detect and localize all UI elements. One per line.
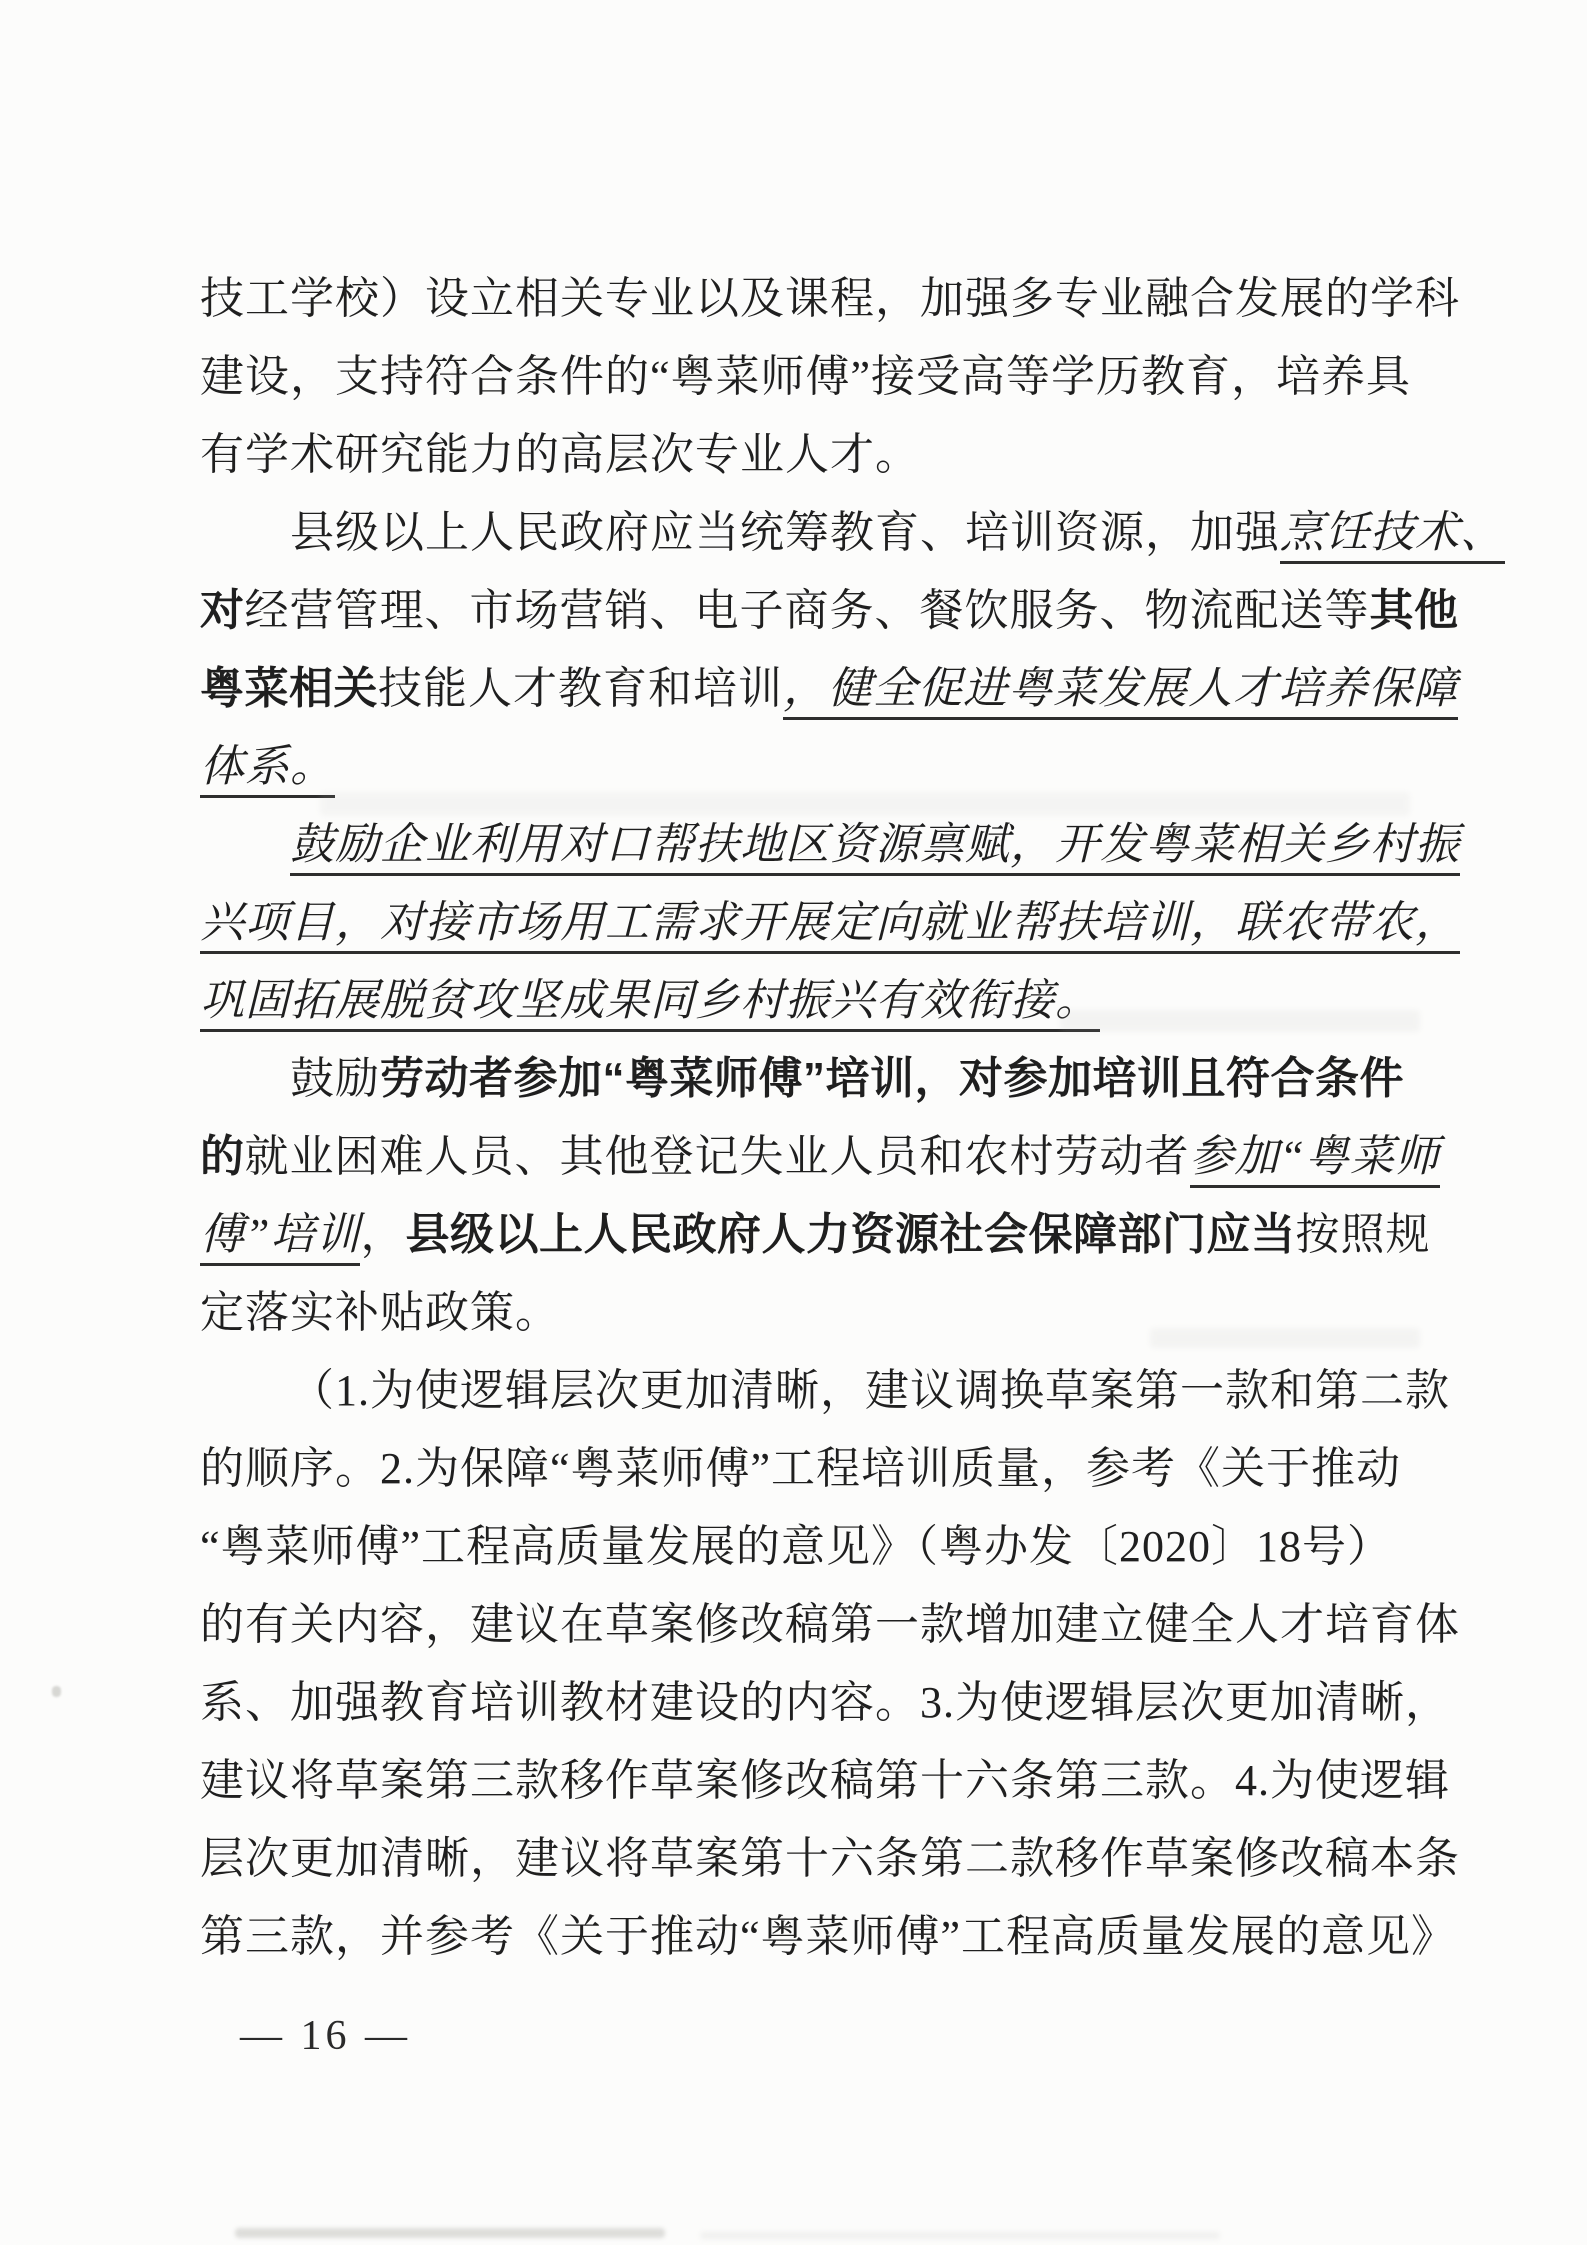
text-line: 定落实补贴政策。	[200, 1274, 1460, 1352]
text-line: 鼓励劳动者参加“粤菜师傅”培训，对参加培训且符合条件	[200, 1040, 1460, 1118]
text-line: 第三款，并参考《关于推动“粤菜师傅”工程高质量发展的意见》	[200, 1898, 1460, 1976]
text-run-normal: 经营管理、市场营销、电子商务、餐饮服务、物流配送等	[245, 586, 1370, 635]
text-line: 兴项目，对接市场用工需求开展定向就业帮扶培训，联农带农，	[200, 884, 1460, 962]
text-run-normal: 第三款，并参考《关于推动“粤菜师傅”工程高质量发展的意见》	[200, 1912, 1456, 1961]
text-run-normal: ，	[360, 1210, 405, 1259]
text-run-bold: 劳动者参加“粤菜师傅”培训，对参加培训且符合条件	[380, 1054, 1404, 1103]
text-run-italic-underline: 兴项目，对接市场用工需求开展定向就业帮扶培训，联农带农，	[200, 898, 1460, 954]
text-run-normal: “粤菜师傅”工程高质量发展的意见》（粤办发〔2020〕18号）	[200, 1522, 1392, 1571]
text-line: 有学术研究能力的高层次专业人才。	[200, 416, 1460, 494]
text-run-bold: 的	[200, 1132, 245, 1181]
text-run-normal: 就业困难人员、其他登记失业人员和农村劳动者	[245, 1132, 1190, 1181]
text-run-normal: 技能人才教育和培训	[378, 664, 783, 713]
text-line: 技工学校）设立相关专业以及课程，加强多专业融合发展的学科	[200, 260, 1460, 338]
text-run-italic-underline: 体系。	[200, 742, 335, 798]
text-line: 的就业困难人员、其他登记失业人员和农村劳动者参加“粤菜师	[200, 1118, 1460, 1196]
scan-artifact	[235, 2228, 665, 2238]
text-run-normal: 技工学校）设立相关专业以及课程，加强多专业融合发展的学科	[200, 274, 1460, 323]
text-run-bold: 粤菜相关	[200, 664, 378, 713]
scan-artifact	[52, 1686, 61, 1697]
text-line: 鼓励企业利用对口帮扶地区资源禀赋，开发粤菜相关乡村振	[200, 806, 1460, 884]
text-run-normal: 有学术研究能力的高层次专业人才。	[200, 430, 920, 479]
text-run-normal: （1.为使逻辑层次更加清晰，建议调换草案第一款和第二款	[290, 1366, 1450, 1415]
text-run-normal: 建议将草案第三款移作草案修改稿第十六条第三款。4.为使逻辑	[200, 1756, 1450, 1805]
text-line: 体系。	[200, 728, 1460, 806]
text-line: 建设，支持符合条件的“粤菜师傅”接受高等学历教育，培养具	[200, 338, 1460, 416]
scanned-document-page: 技工学校）设立相关专业以及课程，加强多专业融合发展的学科建设，支持符合条件的“粤…	[0, 0, 1587, 2245]
text-run-italic-underline: 巩固拓展脱贫攻坚成果同乡村振兴有效衔接。	[200, 976, 1100, 1032]
text-line: 层次更加清晰，建议将草案第十六条第二款移作草案修改稿本条	[200, 1820, 1460, 1898]
scan-artifact	[700, 2232, 1220, 2239]
text-run-italic-underline: 参加“粤菜师	[1190, 1132, 1440, 1188]
text-run-normal: 按照规	[1295, 1210, 1430, 1259]
text-run-italic-underline: 傅”培训	[200, 1210, 360, 1266]
text-run-normal: 定落实补贴政策。	[200, 1288, 560, 1337]
text-run-normal: 层次更加清晰，建议将草案第十六条第二款移作草案修改稿本条	[200, 1834, 1460, 1883]
text-line: 傅”培训，县级以上人民政府人力资源社会保障部门应当按照规	[200, 1196, 1460, 1274]
text-line: 的有关内容，建议在草案修改稿第一款增加建立健全人才培育体	[200, 1586, 1460, 1664]
text-run-normal: 的顺序。2.为保障“粤菜师傅”工程培训质量，参考《关于推动	[200, 1444, 1401, 1493]
text-line: 县级以上人民政府应当统筹教育、培训资源，加强烹饪技术、	[200, 494, 1460, 572]
text-run-normal: 建设，支持符合条件的“粤菜师傅”接受高等学历教育，培养具	[200, 352, 1411, 401]
text-run-normal: 系、加强教育培训教材建设的内容。3.为使逻辑层次更加清晰，	[200, 1678, 1450, 1727]
text-line: 巩固拓展脱贫攻坚成果同乡村振兴有效衔接。	[200, 962, 1460, 1040]
document-body: 技工学校）设立相关专业以及课程，加强多专业融合发展的学科建设，支持符合条件的“粤…	[200, 260, 1460, 1976]
text-run-italic-underline: ，健全促进粤菜发展人才培养保障	[783, 664, 1458, 720]
text-line: 粤菜相关技能人才教育和培训，健全促进粤菜发展人才培养保障	[200, 650, 1460, 728]
text-run-bold: 其他	[1370, 586, 1459, 635]
text-run-normal: 县级以上人民政府应当统筹教育、培训资源，加强	[290, 508, 1280, 557]
text-run-normal: 的有关内容，建议在草案修改稿第一款增加建立健全人才培育体	[200, 1600, 1460, 1649]
text-line: 对经营管理、市场营销、电子商务、餐饮服务、物流配送等其他	[200, 572, 1460, 650]
text-run-bold: 县级以上人民政府人力资源社会保障部门应当	[405, 1210, 1295, 1259]
text-run-bold: 对	[200, 586, 245, 635]
text-run-normal: 鼓励	[290, 1054, 380, 1103]
text-line: 的顺序。2.为保障“粤菜师傅”工程培训质量，参考《关于推动	[200, 1430, 1460, 1508]
text-line: 系、加强教育培训教材建设的内容。3.为使逻辑层次更加清晰，	[200, 1664, 1460, 1742]
page-number: — 16 —	[240, 2008, 411, 2064]
text-run-italic-underline: 鼓励企业利用对口帮扶地区资源禀赋，开发粤菜相关乡村振	[290, 820, 1460, 876]
text-line: “粤菜师傅”工程高质量发展的意见》（粤办发〔2020〕18号）	[200, 1508, 1460, 1586]
text-run-italic-underline: 烹饪技术、	[1280, 508, 1505, 564]
text-line: 建议将草案第三款移作草案修改稿第十六条第三款。4.为使逻辑	[200, 1742, 1460, 1820]
text-line: （1.为使逻辑层次更加清晰，建议调换草案第一款和第二款	[200, 1352, 1460, 1430]
